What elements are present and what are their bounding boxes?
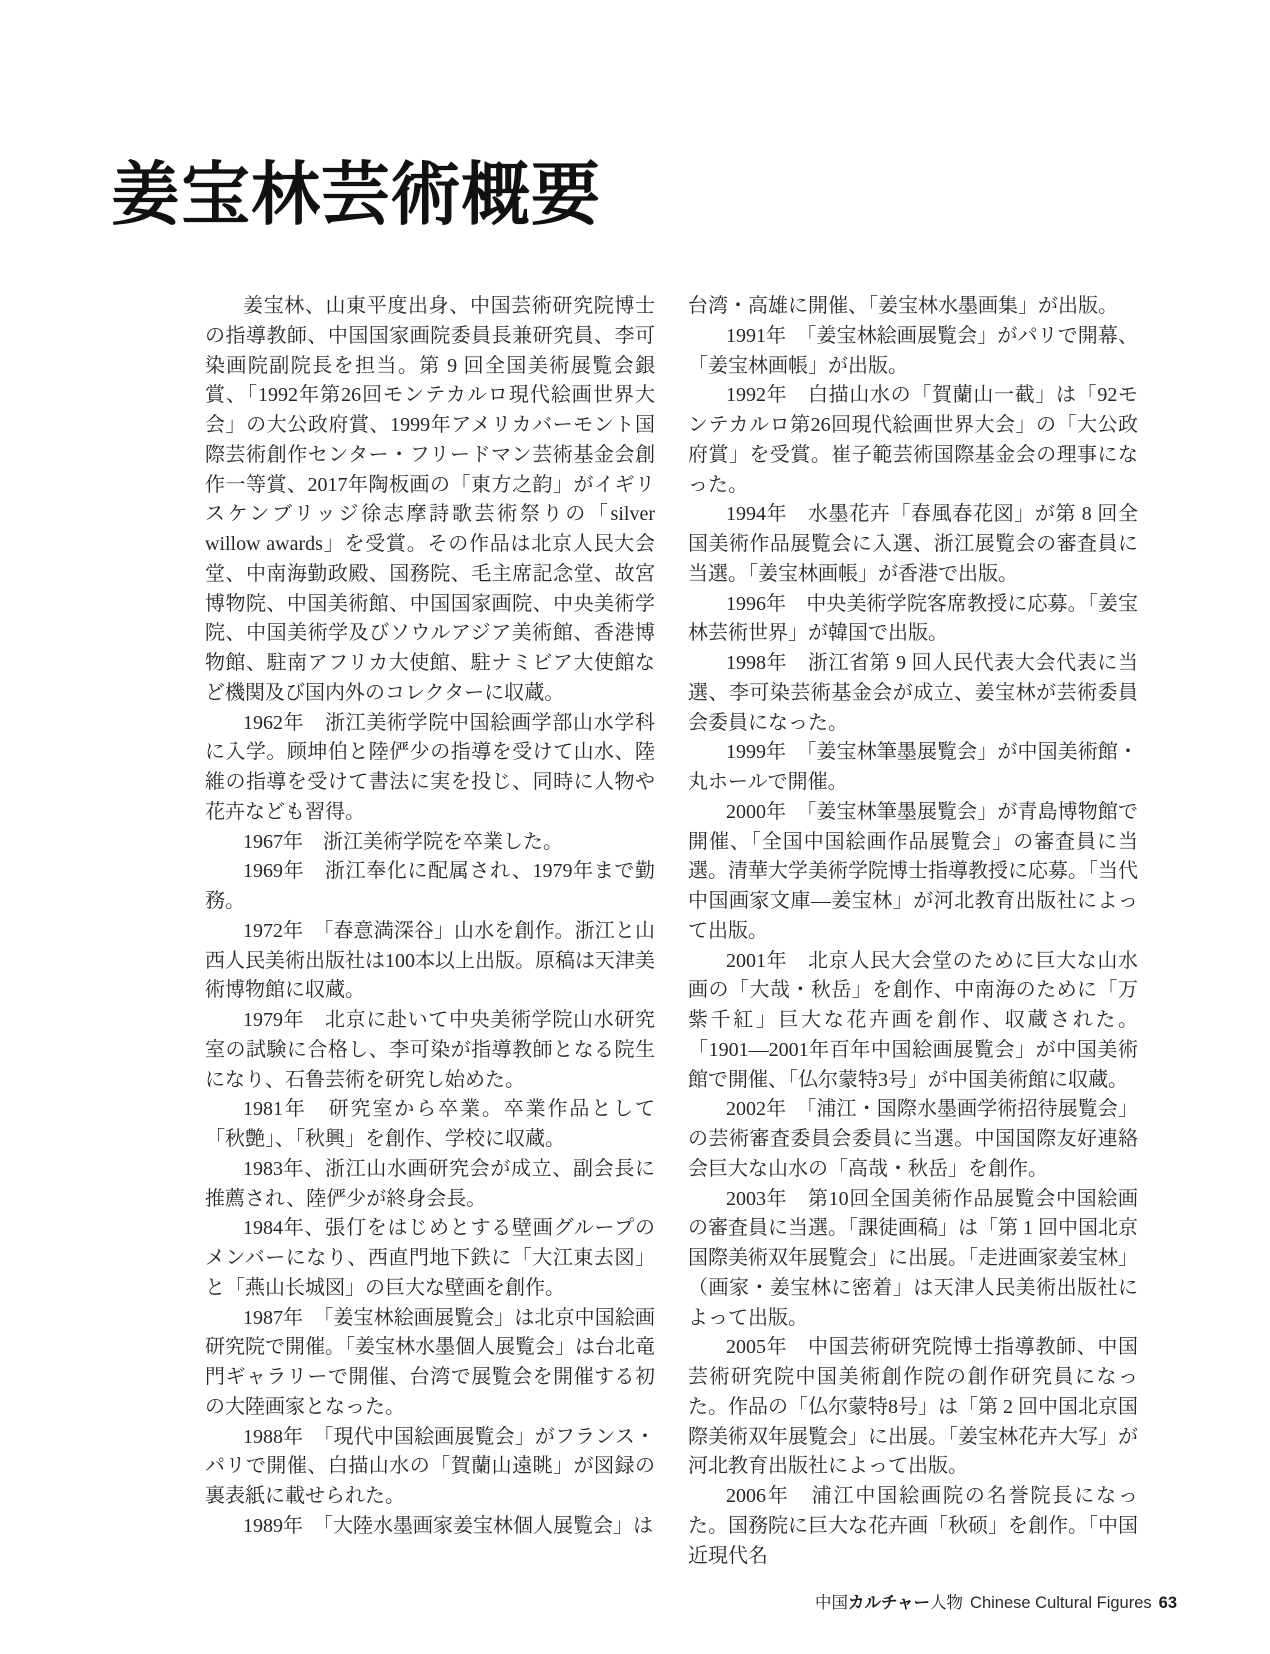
paragraph: 1983年、浙江山水画研究会が成立、副会長に推薦され、陸俨少が終身会長。 [205, 1155, 655, 1215]
page-footer: 中国カルチャー人物Chinese Cultural Figures63 [815, 1589, 1177, 1613]
page-title: 姜宝林芸術概要 [111, 158, 601, 234]
paragraph: 1981年 研究室から卒業。卒業作品として「秋艶」、「秋興」を創作、学校に収蔵。 [205, 1095, 655, 1155]
paragraph: 1984年、張仃をはじめとする壁画グループのメンバーになり、西直門地下鉄に「大江… [205, 1214, 655, 1303]
paragraph: 台湾・高雄に開催、「姜宝林水墨画集」が出版。 [688, 292, 1138, 322]
document-page: 姜宝林芸術概要 姜宝林、山東平度出身、中国芸術研究院博士の指導教師、中国国家画院… [0, 0, 1270, 1654]
paragraph: 1987年 「姜宝林絵画展覧会」は北京中国絵画研究院で開催。「姜宝林水墨個人展覧… [205, 1304, 655, 1423]
paragraph: 1962年 浙江美術学院中国絵画学部山水学科に入学。顾坤伯と陸俨少の指導を受けて… [205, 709, 655, 828]
paragraph: 1991年 「姜宝林絵画展覧会」がパリで開幕、「姜宝林画帳」が出版。 [688, 322, 1138, 382]
paragraph: 2002年 「浦江・国際水墨画学術招待展覧会」の芸術審査委員会委員に当選。中国国… [688, 1095, 1138, 1184]
paragraph: 2000年 「姜宝林筆墨展覧会」が青島博物館で開催、「全国中国絵画作品展覧会」の… [688, 798, 1138, 947]
footer-jp-suffix: 人物 [930, 1594, 963, 1612]
paragraph: 1999年 「姜宝林筆墨展覧会」が中国美術館・丸ホールで開催。 [688, 738, 1138, 798]
paragraph: 1967年 浙江美術学院を卒業した。 [205, 828, 655, 858]
paragraph: 1998年 浙江省第 9 回人民代表大会代表に当選、李可染芸術基金会が成立、姜宝… [688, 649, 1138, 738]
text-column-right: 台湾・高雄に開催、「姜宝林水墨画集」が出版。1991年 「姜宝林絵画展覧会」がパ… [688, 292, 1138, 1571]
paragraph: 姜宝林、山東平度出身、中国芸術研究院博士の指導教師、中国国家画院委員長兼研究員、… [205, 292, 655, 709]
footer-english-title: Chinese Cultural Figures [970, 1594, 1152, 1612]
footer-jp-bold: カルチャー [848, 1594, 930, 1612]
text-column-left: 姜宝林、山東平度出身、中国芸術研究院博士の指導教師、中国国家画院委員長兼研究員、… [205, 292, 655, 1542]
paragraph: 2005年 中国芸術研究院博士指導教師、中国芸術研究院中国美術創作院の創作研究員… [688, 1333, 1138, 1482]
paragraph: 1996年 中央美術学院客席教授に応募。「姜宝林芸術世界」が韓国で出版。 [688, 590, 1138, 650]
paragraph: 1979年 北京に赴いて中央美術学院山水研究室の試験に合格し、李可染が指導教師と… [205, 1006, 655, 1095]
paragraph: 1972年 「春意満深谷」山水を創作。浙江と山西人民美術出版社は100本以上出版… [205, 917, 655, 1006]
paragraph: 2006年 浦江中国絵画院の名誉院長になった。国務院に巨大な花卉画「秋硕」を創作… [688, 1482, 1138, 1571]
paragraph: 2001年 北京人民大会堂のために巨大な山水画の「大哉・秋岳」を創作、中南海のた… [688, 947, 1138, 1096]
paragraph: 1994年 水墨花卉「春風春花図」が第 8 回全国美術作品展覧会に入選、浙江展覧… [688, 500, 1138, 589]
paragraph: 1992年 白描山水の「賀蘭山一截」は「92モンテカルロ第26回現代絵画世界大会… [688, 381, 1138, 500]
footer-page-number: 63 [1159, 1594, 1177, 1612]
paragraph: 1969年 浙江奉化に配属され、1979年まで勤務。 [205, 857, 655, 917]
paragraph: 2003年 第10回全国美術作品展覧会中国絵画の審査員に当選。「課徒画稿」は「第… [688, 1185, 1138, 1334]
paragraph: 1989年 「大陸水墨画家姜宝林個人展覧会」は [205, 1512, 655, 1542]
paragraph: 1988年 「現代中国絵画展覧会」がフランス・パリで開催、白描山水の「賀蘭山遠眺… [205, 1423, 655, 1512]
footer-jp-prefix: 中国 [815, 1594, 848, 1612]
